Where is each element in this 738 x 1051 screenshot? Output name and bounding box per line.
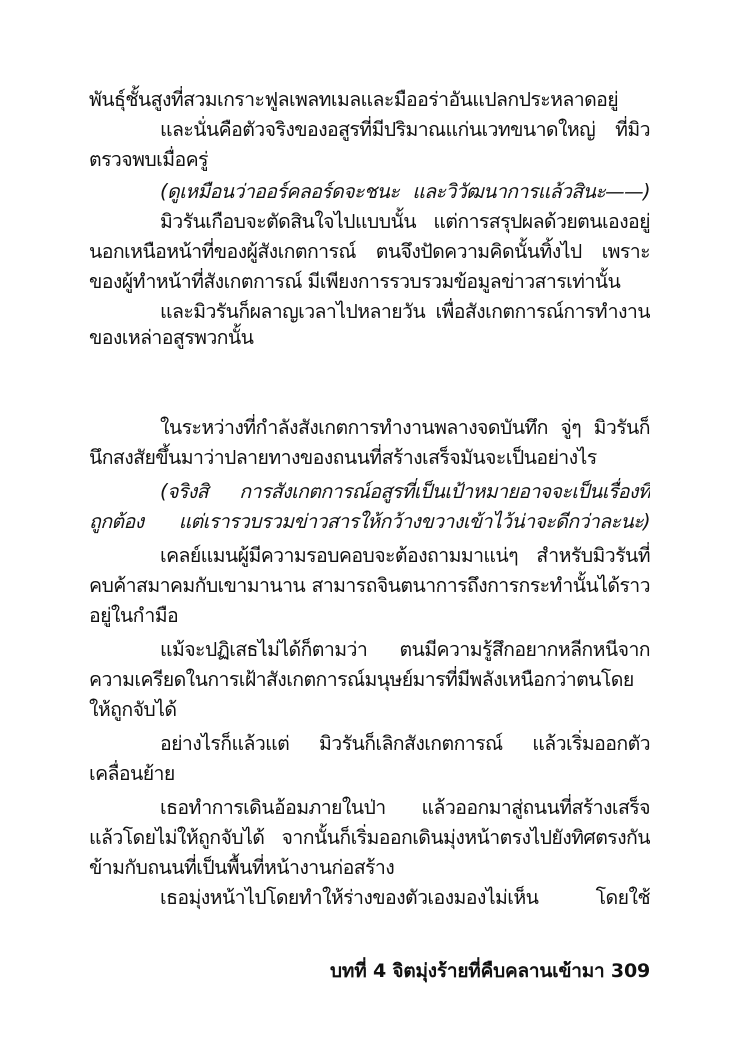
text-line: นึกสงสัยขึ้นมาว่าปลายทางของถนนที่สร้างเส… [89, 443, 650, 473]
text-line: อยู่ในกำมือ [89, 601, 650, 631]
text-line: และนั่นคือตัวจริงของอสูรที่มีปริมาณแก่นเ… [160, 115, 650, 145]
text-line: นอกเหนือหน้าที่ของผู้สังเกตการณ์ ตนจึงปั… [89, 237, 650, 267]
text-line: คบค้าสมาคมกับเขามานาน สามารถจินตนาการถึง… [89, 571, 650, 601]
text-line: ความเครียดในการเฝ้าสังเกตการณ์มนุษย์มารท… [89, 665, 650, 695]
text-line: ให้ถูกจับได้ [89, 695, 650, 725]
text-line-thought: (ดูเหมือนว่าออร์คลอร์ดจะชนะ และวิวัฒนากา… [160, 177, 650, 207]
text-line: แล้วโดยไม่ให้ถูกจับได้ จากนั้นก็เริ่มออก… [89, 823, 650, 853]
text-line: แม้จะปฏิเสธไม่ได้ก็ตามว่า ตนมีความรู้สึก… [160, 635, 650, 665]
text-line: มิวรันเกือบจะตัดสินใจไปแบบนั้น แต่การสรุ… [160, 207, 650, 237]
text-line: พันธุ์ชั้นสูงที่สวมเกราะฟูลเพลทเมลและมือ… [89, 85, 650, 115]
text-line: ของเหล่าอสูรพวกนั้น [89, 323, 650, 353]
text-line: เธอมุ่งหน้าไปโดยทำให้ร่างของตัวเองมองไม่… [160, 883, 650, 913]
page-footer-chapter-and-number: บทที่ 4 จิตมุ่งร้ายที่คืบคลานเข้ามา 309 [330, 956, 650, 986]
text-line: ของผู้ทำหน้าที่สังเกตการณ์ มีเพียงการรวบ… [89, 267, 650, 297]
text-line: เธอทำการเดินอ้อมภายในป่า แล้วออกมาสู่ถนน… [160, 793, 650, 823]
text-line-thought: (จริงสิ การสังเกตการณ์อสูรที่เป็นเป้าหมา… [160, 477, 650, 507]
text-line: เคลย์แมนผู้มีความรอบคอบจะต้องถามมาแน่ๆ ส… [160, 541, 650, 571]
text-line-thought: ถูกต้อง แต่เรารวบรวมข่าวสารให้กว้างขวางเ… [89, 507, 650, 537]
text-line: เคลื่อนย้าย [89, 759, 650, 789]
text-line: ข้ามกับถนนที่เป็นพื้นที่หน้างานก่อสร้าง [89, 853, 650, 883]
text-line: ในระหว่างที่กำลังสังเกตการทำงานพลางจดบัน… [160, 413, 650, 443]
book-page: พันธุ์ชั้นสูงที่สวมเกราะฟูลเพลทเมลและมือ… [0, 0, 738, 1051]
text-line: อย่างไรก็แล้วแต่ มิวรันก็เลิกสังเกตการณ์… [160, 729, 650, 759]
text-line: ตรวจพบเมื่อครู่ [89, 145, 650, 175]
